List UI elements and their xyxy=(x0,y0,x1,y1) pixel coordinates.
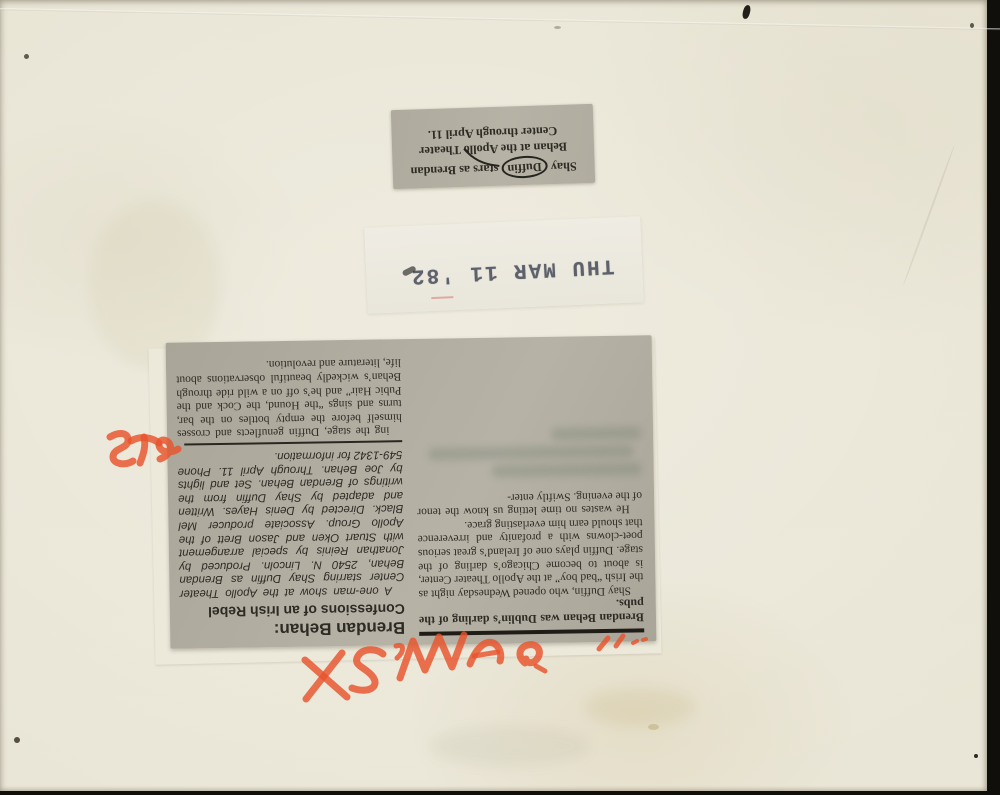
photo-paper: Brendan Behan was Dublin’s darling of th… xyxy=(0,0,987,791)
scanned-photo-back: Brendan Behan was Dublin’s darling of th… xyxy=(0,0,1000,795)
orange-scribble-bottom xyxy=(305,635,646,699)
orange-scribble-right xyxy=(110,434,178,464)
orange-grease-pencil-marks xyxy=(0,0,1000,795)
